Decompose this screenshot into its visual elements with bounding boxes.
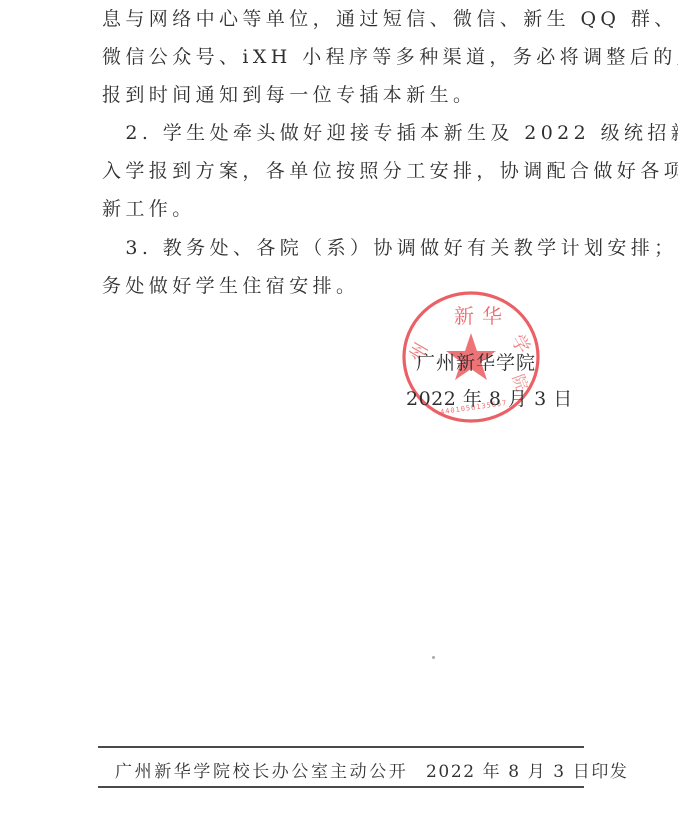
paragraph-1-line-1: 息与网络中心等单位，通过短信、微信、新生 QQ 群、官方 bbox=[102, 8, 588, 30]
footer-issue-date: 2022 年 8 月 3 日印发 bbox=[426, 757, 629, 782]
signature-organization: 广州新华学院 bbox=[416, 348, 536, 375]
signature-date: 2022 年 8 月 3 日 bbox=[406, 384, 573, 411]
footer-issuer: 广州新华学院校长办公室 bbox=[115, 757, 331, 782]
footer-top-rule bbox=[98, 746, 584, 748]
paragraph-1-line-2: 微信公众号、iXH 小程序等多种渠道，务必将调整后的入学 bbox=[102, 46, 588, 68]
footer-bottom-rule bbox=[98, 786, 584, 788]
paragraph-3-line-1: 3. 教务处、各院（系）协调做好有关教学计划安排；总 bbox=[102, 237, 588, 259]
document-page: 息与网络中心等单位，通过短信、微信、新生 QQ 群、官方 微信公众号、iXH 小… bbox=[0, 0, 678, 817]
seal-top-text: 新 bbox=[454, 304, 474, 328]
paragraph-2-line-2: 入学报到方案，各单位按照分工安排，协调配合做好各项迎 bbox=[102, 160, 588, 182]
paragraph-1-line-3: 报到时间通知到每一位专插本新生。 bbox=[102, 84, 588, 106]
footer-disclosure: 主动公开 bbox=[330, 757, 408, 782]
scan-speck bbox=[432, 656, 435, 659]
svg-text:华: 华 bbox=[482, 304, 502, 328]
paragraph-2-line-3: 新工作。 bbox=[102, 198, 588, 220]
paragraph-2-line-1: 2. 学生处牵头做好迎接专插本新生及 2022 级统招新生 bbox=[102, 122, 588, 144]
